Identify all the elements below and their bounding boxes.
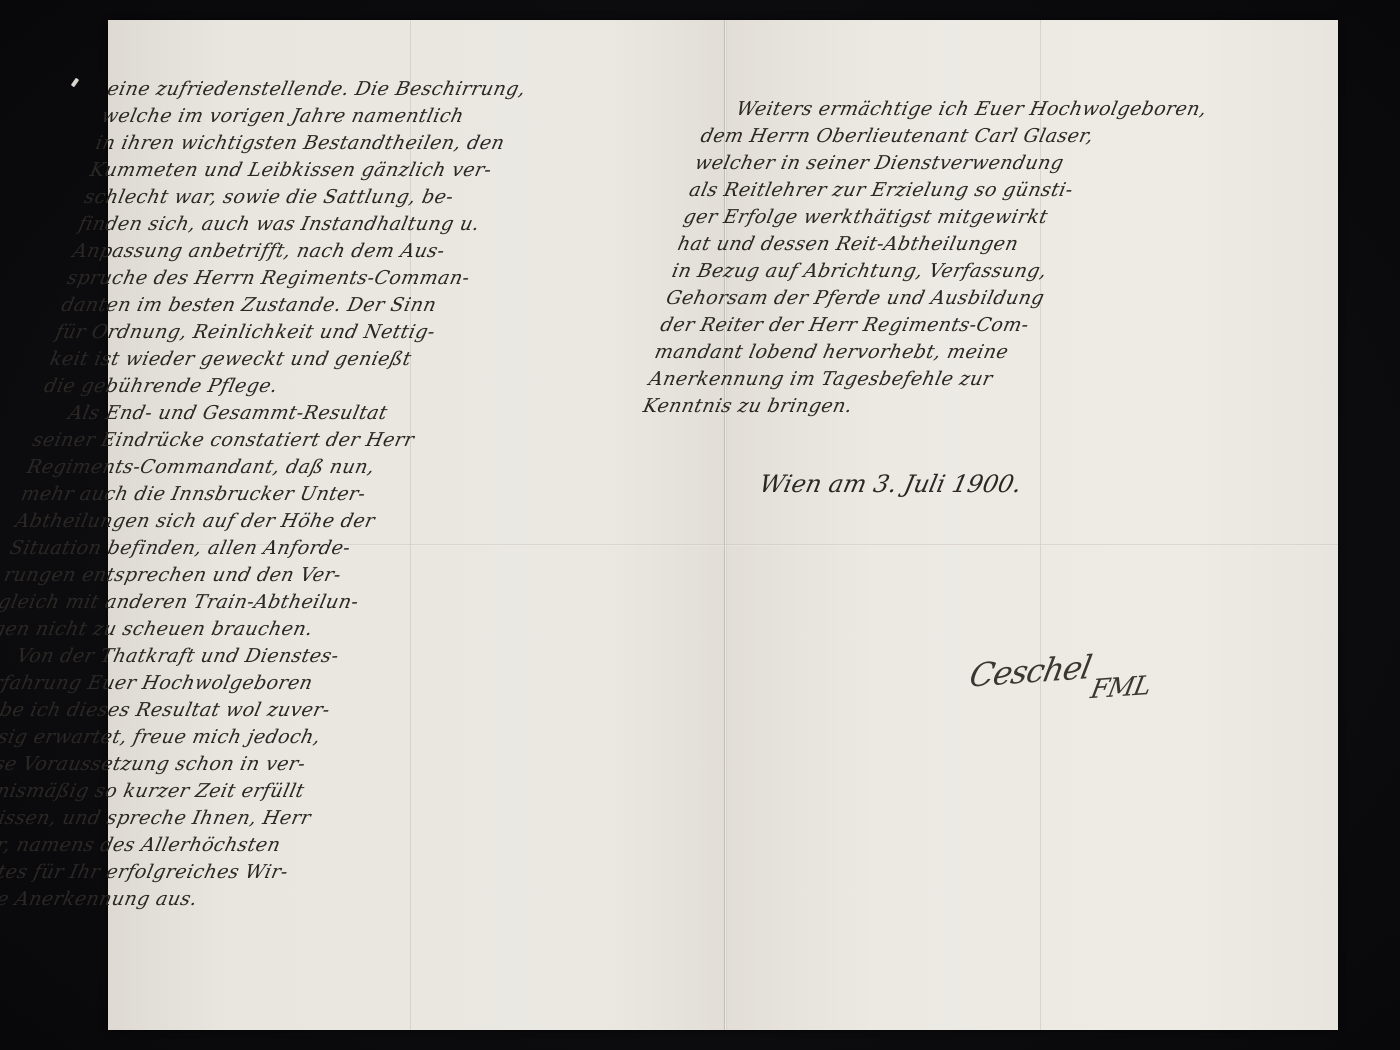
text-line: hältnismäßig so kurzer Zeit erfüllt bbox=[0, 780, 306, 802]
text-line: Als End- und Gesammt-Resultat bbox=[66, 402, 389, 424]
text-line: der Reiter der Herr Regiments-Com- bbox=[658, 314, 1030, 336]
text-line: Gehorsam der Pferde und Ausbildung bbox=[664, 287, 1046, 309]
place-and-date: Wien am 3. Juli 1900. bbox=[757, 470, 1024, 498]
text-line: finden sich, auch was Instandhaltung u. bbox=[77, 213, 482, 235]
text-line: gen nicht zu scheuen brauchen. bbox=[0, 618, 315, 640]
text-line: für Ordnung, Reinlichkeit und Nettig- bbox=[54, 321, 438, 343]
dust-speck bbox=[71, 78, 79, 88]
text-line: in Bezug auf Abrichtung, Verfassung, bbox=[670, 260, 1049, 282]
text-line: dem Herrn Oberlieutenant Carl Glaser, bbox=[699, 125, 1096, 147]
text-line: ger Erfolge werkthätigst mitgewirkt bbox=[681, 206, 1049, 228]
text-line: die gebührende Pflege. bbox=[42, 375, 280, 397]
text-line: keit ist wieder geweckt und genießt bbox=[48, 348, 414, 370]
text-line: Situation befinden, allen Anforde- bbox=[8, 537, 353, 559]
text-line: welcher in seiner Dienstverwendung bbox=[693, 152, 1066, 174]
text-line: danten im besten Zustande. Der Sinn bbox=[59, 294, 438, 316]
text-line: mehr auch die Innsbrucker Unter- bbox=[19, 483, 367, 505]
text-line: hat und dessen Reit-Abtheilungen bbox=[676, 233, 1021, 255]
text-line: eine zufriedenstellende. Die Beschirrung… bbox=[105, 78, 527, 100]
text-line: lässig erwartet, freue mich jedoch, bbox=[0, 726, 323, 748]
text-line: habe ich dieses Resultat wol zuver- bbox=[0, 699, 332, 721]
text-line: Dienstes für Ihr erfolgreiches Wir- bbox=[0, 861, 290, 883]
text-line: schlecht war, sowie die Sattlung, be- bbox=[82, 186, 455, 208]
text-line: Anpassung anbetrifft, nach dem Aus- bbox=[71, 240, 447, 262]
text-line: Kummeten und Leibkissen gänzlich ver- bbox=[88, 159, 494, 181]
text-line: spruche des Herrn Regiments-Comman- bbox=[65, 267, 472, 289]
signature-rank: FML bbox=[1088, 671, 1153, 706]
text-line: Weiters ermächtige ich Euer Hochwolgebor… bbox=[734, 98, 1208, 120]
text-line: Regiments-Commandant, daß nun, bbox=[25, 456, 377, 478]
text-line: Major, namens des Allerhöchsten bbox=[0, 834, 283, 856]
photo-scene: eine zufriedenstellende. Die Beschirrung… bbox=[0, 0, 1400, 1050]
text-line: diese Voraussetzung schon in ver- bbox=[0, 753, 308, 775]
text-line: gleich mit anderen Train-Abtheilun- bbox=[0, 591, 361, 613]
text-line: als Reitlehrer zur Erzielung so günsti- bbox=[687, 179, 1075, 201]
text-line: Abtheilungen sich auf der Höhe der bbox=[13, 510, 377, 532]
text-line: Kenntnis zu bringen. bbox=[641, 395, 854, 417]
text-line: mandant lobend hervorhebt, meine bbox=[653, 341, 1011, 363]
text-line: welche im vorigen Jahre namentlich bbox=[100, 105, 466, 127]
text-line: ken die Anerkennung aus. bbox=[0, 888, 200, 910]
text-line: rungen entsprechen und den Ver- bbox=[2, 564, 343, 586]
text-line: seiner Eindrücke constatiert der Herr bbox=[31, 429, 417, 451]
text-line: zu wissen, und spreche Ihnen, Herr bbox=[0, 807, 313, 829]
text-line: Von der Thatkraft und Dienstes- bbox=[15, 645, 341, 667]
text-line: Anerkennung im Tagesbefehle zur bbox=[647, 368, 995, 390]
text-line: in ihren wichtigsten Bestandtheilen, den bbox=[94, 132, 507, 154]
text-line: erfahrung Euer Hochwolgeboren bbox=[0, 672, 315, 694]
